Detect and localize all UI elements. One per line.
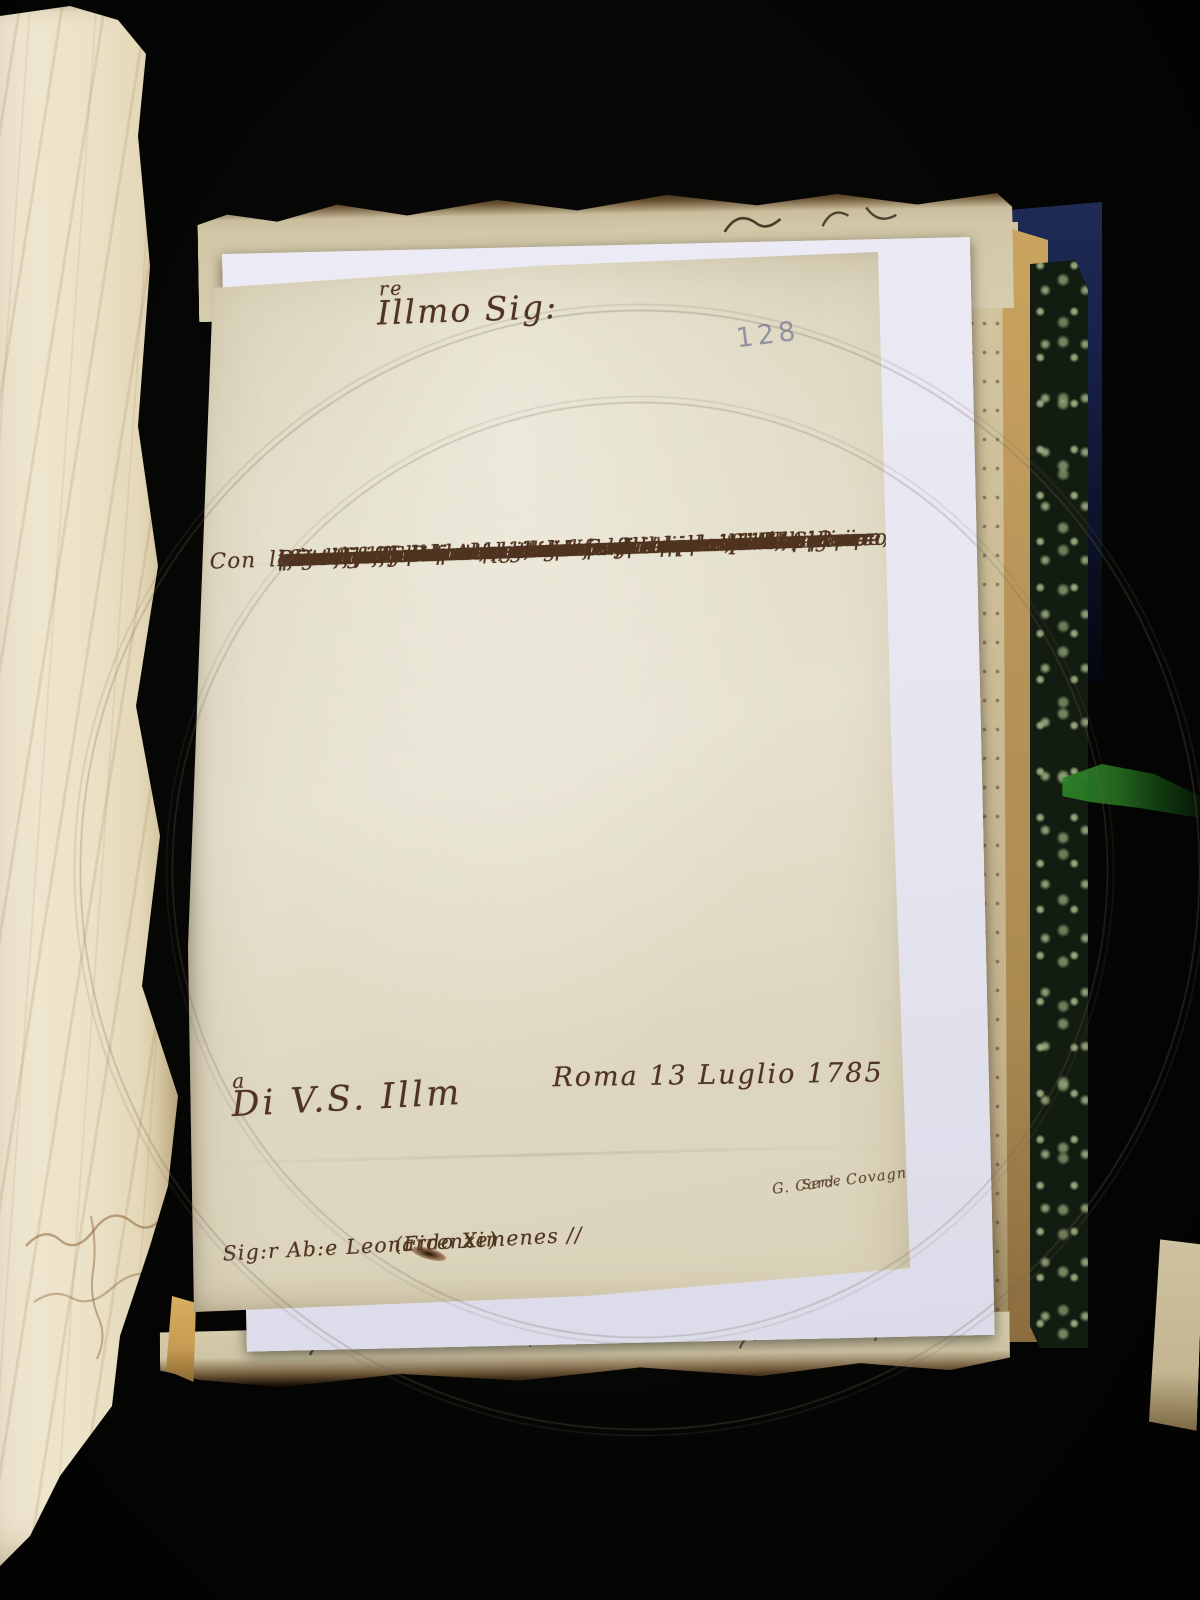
script-stroke	[822, 207, 896, 226]
script-stroke	[34, 1274, 154, 1302]
manuscript-letter-sheet: Illmo Sig:re 128 Con le congratulazioni,…	[186, 248, 912, 1316]
letter-content: Illmo Sig:re 128 Con le congratulazioni,…	[194, 265, 920, 1304]
script-stroke	[724, 217, 780, 231]
address-city: (Firenze)	[394, 1227, 498, 1256]
closing-main: Di V.S. Illm	[230, 1073, 463, 1125]
photo-of-bound-manuscript: Illmo Sig:re 128 Con le congratulazioni,…	[0, 0, 1200, 1600]
marbled-cover	[1030, 260, 1088, 1348]
pencil-page-number: 128	[734, 316, 801, 355]
dateline: Roma 13 Luglio 1785	[552, 1057, 884, 1093]
script-stroke	[26, 1208, 168, 1246]
salutation-superscript: re	[379, 278, 404, 301]
script-stroke	[91, 1216, 103, 1359]
gutter-page-wedge	[166, 1296, 196, 1382]
letter-body: Con le congratulazioni, che V.S. Illma m…	[203, 521, 893, 546]
signature-name: G. Card. Covagni	[771, 1165, 913, 1198]
letter-line: e stima	[281, 540, 374, 577]
closing-superscript: a	[232, 1068, 248, 1093]
paper-scrap-bottom-right	[1149, 1239, 1200, 1431]
